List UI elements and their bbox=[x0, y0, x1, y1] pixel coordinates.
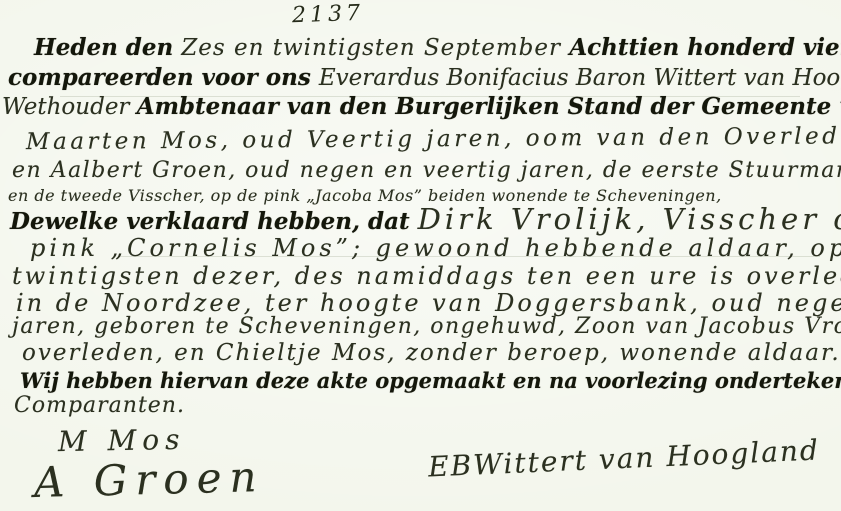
act-line-closing: Wij hebben hiervan deze akte opgemaakt e… bbox=[20, 368, 841, 393]
act-line-comparanten: Comparanten. bbox=[14, 393, 185, 418]
act-line-death-time: twintigsten dezer, des namiddags ten een… bbox=[12, 262, 841, 290]
handwritten-title: Wethouder bbox=[2, 94, 137, 120]
act-line-declaration: Dewelke verklaard hebben, dat Dirk Vroli… bbox=[10, 202, 841, 236]
printed-text: Dewelke verklaard hebben, dat bbox=[10, 208, 418, 235]
act-line-date: Heden den Zes en twintigsten September A… bbox=[34, 34, 841, 61]
act-line-ship: pink „Cornelis Mos”; gewoond hebbende al… bbox=[30, 234, 841, 262]
printed-year: Achttien honderd vier en zestig, bbox=[569, 34, 841, 61]
handwritten-official-name: Everardus Bonifacius Baron Wittert van H… bbox=[319, 65, 841, 91]
handwritten-deceased-name: Dirk Vrolijk, Visscher op de bbox=[418, 202, 841, 236]
signature-a-groen: A Groen bbox=[33, 452, 265, 507]
act-line-death-place: in de Noordzee, ter hoogte van Doggersba… bbox=[16, 289, 841, 317]
signature-m-mos: M Mos bbox=[58, 423, 186, 458]
act-line-municipality: Wethouder Ambtenaar van den Burgerlijken… bbox=[2, 93, 841, 120]
act-line-birth-parents: jaren, geboren te Scheveningen, ongehuwd… bbox=[12, 314, 841, 339]
act-line-mother: overleden, en Chieltje Mos, zonder beroe… bbox=[22, 340, 841, 366]
printed-text: Ambtenaar van den Burgerlijken Stand der… bbox=[137, 93, 839, 120]
printed-text: Heden den bbox=[34, 34, 181, 61]
handwritten-date: Zes en twintigsten September bbox=[181, 35, 569, 61]
printed-text: Wij hebben hiervan deze akte opgemaakt e… bbox=[20, 368, 841, 393]
act-line-official: compareerden voor ons Everardus Bonifaci… bbox=[8, 64, 841, 91]
act-line-declarant-2: en Aalbert Groen, oud negen en veertig j… bbox=[12, 158, 841, 183]
printed-text: compareerden voor ons bbox=[8, 64, 319, 91]
act-number: 2137 bbox=[292, 1, 365, 28]
